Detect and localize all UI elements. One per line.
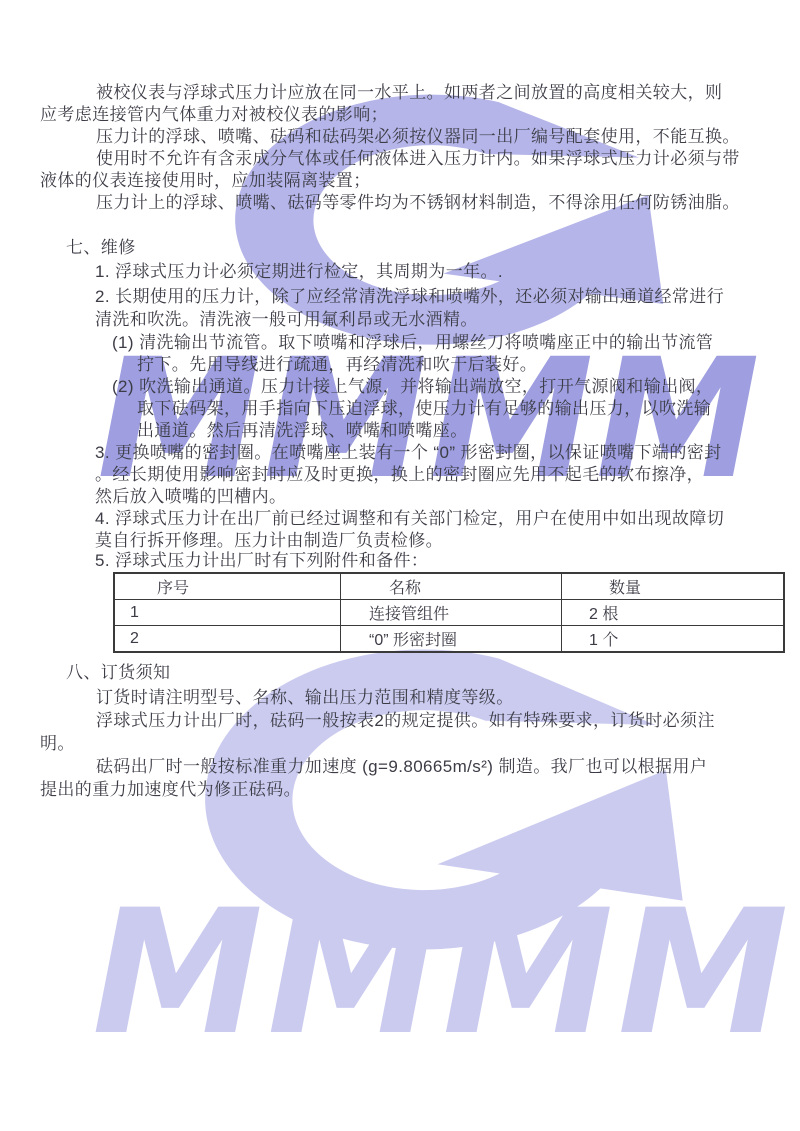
intro-line: 压力计的浮球、喷嘴、砝码和砝码架必须按仪器同一出厂编号配套使用，不能互换。 bbox=[96, 127, 740, 147]
parts-quantity: 2 根 bbox=[562, 600, 785, 626]
maintenance-item-line: 5. 浮球式压力计出厂时有下列附件和备件： bbox=[95, 551, 428, 571]
ordering-line: 浮球式压力计出厂时，砝码一般按表2的规定提供。如有特殊要求，订货时必须注 bbox=[96, 711, 715, 731]
parts-index: 2 bbox=[114, 626, 341, 653]
maintenance-item-line: 4. 浮球式压力计在出厂前已经过调整和有关部门检定，用户在使用中如出现故障切 bbox=[95, 509, 724, 529]
parts-table: 序号 名称 数量 1 连接管组件 2 根 2 “0” 形密封圈 1 个 bbox=[113, 572, 785, 653]
section-heading-maintenance: 七、维修 bbox=[66, 238, 136, 258]
intro-line: 被校仪表与浮球式压力计应放在同一水平上。如两者之间放置的高度相关较大，则 bbox=[96, 83, 722, 103]
maintenance-subitem-line: (1) 清洗输出节流管。取下喷嘴和浮球后，用螺丝刀将喷嘴座正中的输出节流管 bbox=[112, 333, 713, 353]
parts-name: “0” 形密封圈 bbox=[341, 626, 562, 653]
intro-line: 使用时不允许有含汞成分气体或任何液体进入压力计内。如果浮球式压力计必须与带 bbox=[96, 149, 740, 169]
maintenance-subitem-line: (2) 吹洗输出通道。压力计接上气源，并将输出端放空，打开气源阀和输出阀， bbox=[112, 377, 713, 397]
intro-line: 压力计上的浮球、喷嘴、砝码等零件均为不锈钢材料制造，不得涂用任何防锈油脂。 bbox=[96, 193, 740, 213]
maintenance-item-line: 清洗和吹洗。清洗液一般可用氟利昂或无水酒精。 bbox=[95, 310, 478, 330]
parts-name: 连接管组件 bbox=[341, 600, 562, 626]
maintenance-subitem-line: 出通道。然后再清洗浮球、喷嘴和喷嘴座。 bbox=[137, 421, 468, 441]
parts-quantity: 1 个 bbox=[562, 626, 785, 653]
maintenance-item-line: 3. 更换喷嘴的密封圈。在喷嘴座上装有一个 “0” 形密封圈，以保证喷嘴下端的密… bbox=[95, 443, 722, 463]
maintenance-item-line: 然后放入喷嘴的凹槽内。 bbox=[95, 487, 286, 507]
table-row: 2 “0” 形密封圈 1 个 bbox=[114, 626, 784, 653]
ordering-line: 提出的重力加速度代为修正砝码。 bbox=[40, 780, 301, 800]
parts-index: 1 bbox=[114, 600, 341, 626]
parts-table-header-name: 名称 bbox=[341, 573, 562, 600]
maintenance-subitem-line: 取下砝码架，用手指向下压迫浮球，使压力计有足够的输出压力，以吹洗输 bbox=[137, 399, 711, 419]
intro-line: 应考虑连接管内气体重力对被校仪表的影响； bbox=[40, 105, 388, 125]
table-row: 1 连接管组件 2 根 bbox=[114, 600, 784, 626]
ordering-line: 砝码出厂时一般按标准重力加速度 (g=9.80665m/s²) 制造。我厂也可以… bbox=[96, 757, 707, 777]
ordering-line: 订货时请注明型号、名称、输出压力范围和精度等级。 bbox=[96, 688, 514, 708]
maintenance-item-line: 2. 长期使用的压力计，除了应经常清洗浮球和喷嘴外，还必须对输出通道经常进行 bbox=[95, 287, 724, 307]
manual-page: MMMM MMMM 被校仪表与浮球式压力计应放在同一水平上。如两者之间放置的高度… bbox=[0, 0, 800, 1131]
parts-table-header-index: 序号 bbox=[114, 573, 341, 600]
intro-line: 液体的仪表连接使用时，应加装隔离装置； bbox=[40, 171, 371, 191]
ordering-line: 明。 bbox=[40, 734, 75, 754]
maintenance-item-line: 1. 浮球式压力计必须定期进行检定，其周期为一年。. bbox=[95, 262, 503, 282]
maintenance-subitem-line: 拧下。先用导线进行疏通，再经清洗和吹干后装好。 bbox=[137, 355, 537, 375]
maintenance-item-line: 。经长期使用影响密封时应及时更换，换上的密封圈应先用不起毛的软布擦净， bbox=[95, 465, 704, 485]
maintenance-item-line: 莫自行拆开修理。压力计由制造厂负责检修。 bbox=[95, 531, 443, 551]
parts-table-header-row: 序号 名称 数量 bbox=[114, 573, 784, 600]
parts-table-header-quantity: 数量 bbox=[562, 573, 785, 600]
section-heading-ordering: 八、订货须知 bbox=[66, 663, 170, 683]
watermark-text-lower: MMMM bbox=[92, 872, 793, 1073]
